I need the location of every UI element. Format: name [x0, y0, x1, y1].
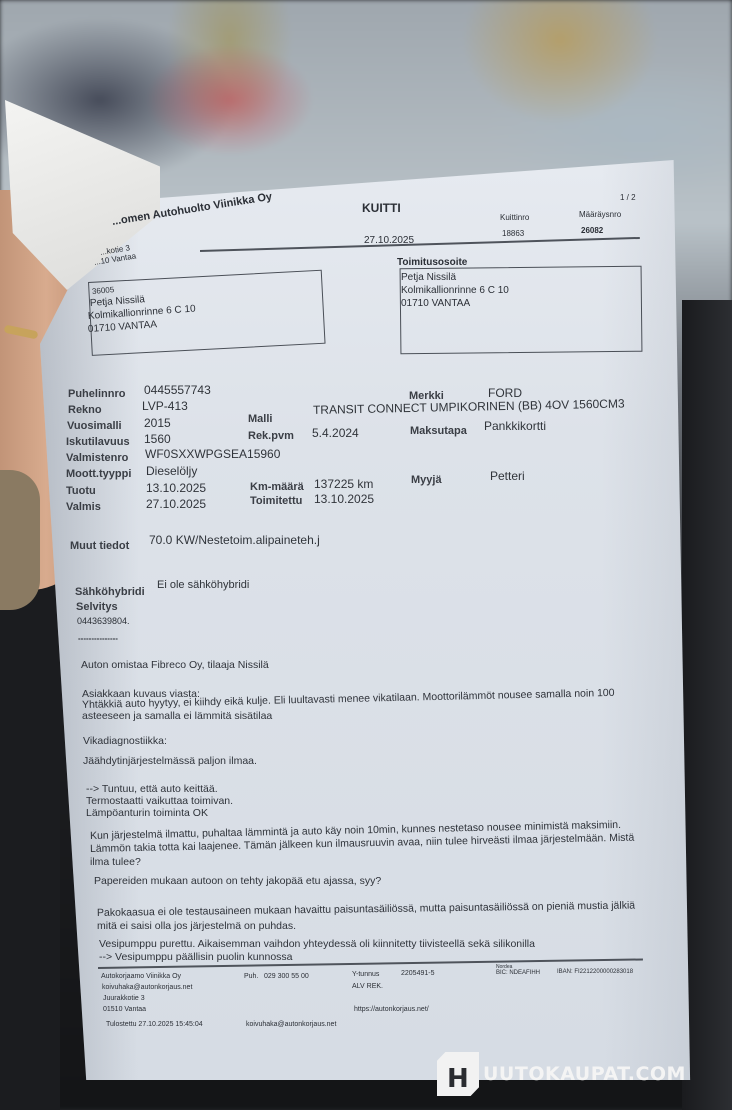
footer-phone-label: Puh.: [244, 973, 258, 980]
note-line: asteeseen ja samalla ei lämmitä sisätila…: [82, 710, 272, 722]
arrived-value: 13.10.2025: [146, 481, 206, 495]
delivered-label: Toimitettu: [250, 495, 302, 507]
arrived-label: Tuotu: [66, 485, 96, 497]
note-line: Lämpöanturin toiminta OK: [86, 807, 208, 819]
phone-value: 0445557743: [144, 383, 211, 397]
footer-ytunnus: 2205491-5: [401, 970, 434, 977]
note-line: --> Tuntuu, että auto keittää.: [86, 783, 218, 795]
receipt-no-label: Kuittinro: [500, 213, 529, 222]
displacement-label: Iskutilavuus: [66, 436, 130, 448]
hybrid-label: Sähköhybridi: [75, 586, 145, 598]
reg-label: Rekno: [68, 404, 102, 416]
page-number: 1 / 2: [620, 193, 636, 202]
divider-dashes: ---------------: [78, 634, 118, 643]
year-label: Vuosimalli: [67, 420, 122, 432]
order-no: 26082: [581, 226, 603, 235]
footer-vat: ALV REK.: [352, 983, 383, 990]
delivered-value: 13.10.2025: [314, 492, 374, 506]
note-line: Termostaatti vaikuttaa toimivan.: [86, 795, 233, 807]
note-line: Vesipumppu purettu. Aikaisemman vaihdon …: [99, 938, 535, 950]
note-line: Jäähdytinjärjestelmässä paljon ilmaa.: [83, 755, 257, 767]
displacement-value: 1560: [144, 432, 171, 446]
hybrid-value: Ei ole sähköhybridi: [157, 579, 249, 591]
vin-label: Valmistenro: [66, 452, 128, 464]
ready-label: Valmis: [66, 501, 101, 513]
footer-iban: IBAN: FI2212200000283018: [557, 969, 633, 975]
other-info-value: 70.0 KW/Nestetoim.alipaineteh.j: [149, 533, 320, 547]
note-line: Vikadiagnostiikka:: [83, 735, 167, 747]
other-info-label: Muut tiedot: [70, 540, 129, 552]
watermark: H UUTOKAUPAT.COM: [437, 1052, 686, 1096]
delivery-label: Toimitusosoite: [397, 257, 467, 268]
receipt-document: ...omen Autohuolto Viinikka Oy ...kotie …: [0, 0, 732, 1110]
ready-value: 27.10.2025: [146, 497, 206, 511]
engine-label: Moott.tyyppi: [66, 468, 131, 480]
seller-value: Petteri: [490, 469, 525, 483]
footer-street: Juurakkotie 3: [103, 995, 145, 1002]
watermark-text: UUTOKAUPAT.COM: [483, 1063, 686, 1085]
footer-bic: BIC: NDEAFIHH: [496, 970, 540, 976]
footer-city: 01510 Vantaa: [103, 1006, 146, 1013]
year-value: 2015: [144, 416, 171, 430]
delivery-name: Petja Nissilä: [401, 272, 456, 283]
note-line: Papereiden mukaan autoon on tehty jakopä…: [94, 875, 381, 887]
seller-label: Myyjä: [411, 474, 442, 486]
footer-company: Autokorjaamo Viinikka Oy: [101, 973, 181, 980]
note-line: ilma tulee?: [90, 856, 141, 868]
footer-email-2: koivuhaka@autonkorjaus.net: [246, 1021, 336, 1028]
regdate-value: 5.4.2024: [312, 426, 359, 440]
footer-email: koivuhaka@autonkorjaus.net: [102, 984, 192, 991]
note-line: Auton omistaa Fibreco Oy, tilaaja Nissil…: [81, 659, 269, 671]
phone-label: Puhelinnro: [68, 388, 125, 400]
customer-id: 36005: [92, 285, 115, 296]
explanation-label: Selvitys: [76, 601, 118, 613]
vin-value: WF0SXXWPGSEA15960: [145, 447, 280, 461]
document-title: KUITTI: [362, 201, 401, 215]
explanation-phone: 0443639804.: [77, 616, 130, 626]
km-value: 137225 km: [314, 477, 373, 491]
regdate-label: Rek.pvm: [248, 430, 294, 442]
engine-value: Dieselöljy: [146, 464, 197, 478]
footer-ytunnus-label: Y-tunnus: [352, 971, 379, 978]
footer-website: https://autonkorjaus.net/: [354, 1006, 429, 1013]
payment-value: Pankkikortti: [484, 419, 546, 433]
payment-label: Maksutapa: [410, 425, 467, 437]
note-line: mitä ei saisi olla jos järjestelmä on pu…: [97, 920, 296, 932]
reg-value: LVP-413: [142, 399, 188, 413]
delivery-city: 01710 VANTAA: [401, 298, 470, 309]
order-no-label: Määräysnro: [579, 210, 621, 219]
model-value: TRANSIT CONNECT UMPIKORINEN (BB) 4OV 156…: [313, 396, 625, 417]
delivery-street: Kolmikallionrinne 6 C 10: [401, 285, 509, 296]
note-line: Pakokaasua ei ole testausaineen mukaan h…: [97, 899, 635, 919]
huutokaupat-logo-icon: H: [437, 1052, 479, 1096]
header-divider: [200, 237, 640, 252]
footer-printed: Tulostettu 27.10.2025 15:45:04: [106, 1021, 203, 1028]
km-label: Km-määrä: [250, 481, 304, 493]
note-line: --> Vesipumppu päällisin puolin kunnossa: [99, 951, 293, 963]
model-label: Malli: [248, 413, 272, 425]
footer-phone: 029 300 55 00: [264, 973, 309, 980]
receipt-no: 18863: [502, 229, 524, 238]
company-header: ...omen Autohuolto Viinikka Oy: [111, 191, 273, 228]
